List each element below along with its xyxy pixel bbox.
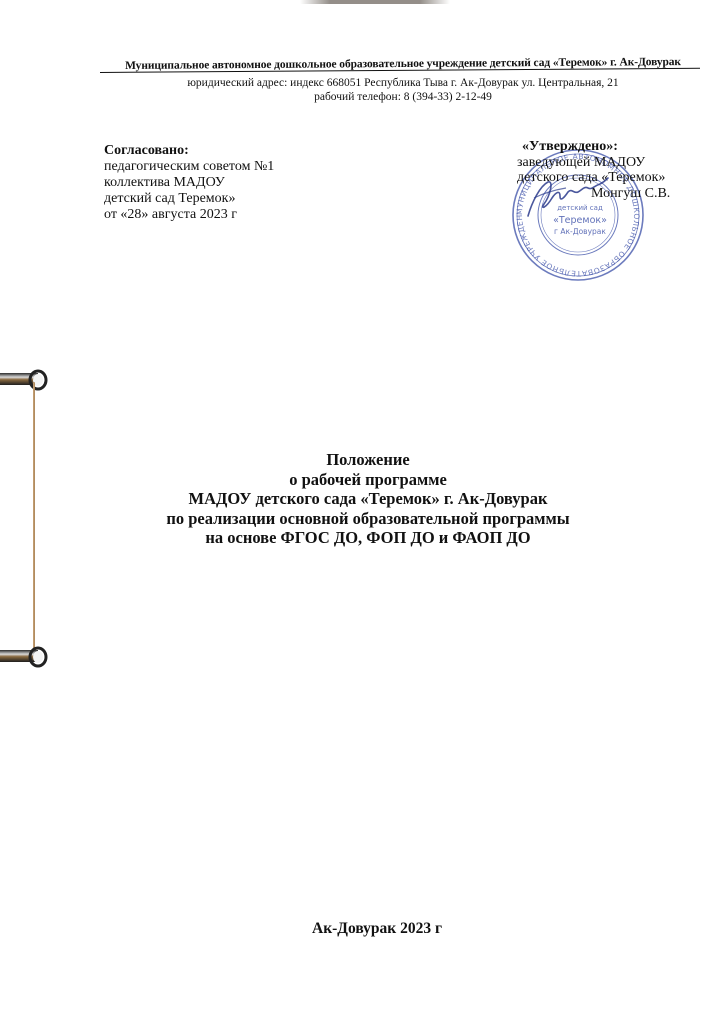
agreed-line: детский сад Теремок»	[104, 191, 274, 207]
agreed-title: Согласовано:	[104, 143, 274, 159]
svg-text:г Ак-Довурак: г Ак-Довурак	[554, 227, 606, 236]
title-line: на основе ФГОС ДО, ФОП ДО и ФАОП ДО	[0, 528, 728, 548]
title-line: Положение	[0, 450, 728, 470]
legal-address: юридический адрес: индекс 668051 Республ…	[108, 77, 698, 89]
title-line: о рабочей программе	[0, 470, 728, 490]
title-line: по реализации основной образовательной п…	[0, 509, 728, 529]
page-top-edge-shadow	[300, 0, 450, 4]
work-phone: рабочий телефон: 8 (394-33) 2-12-49	[108, 91, 698, 103]
document-title: Положение о рабочей программе МАДОУ детс…	[0, 450, 728, 548]
signature-icon	[520, 172, 610, 222]
agreed-line: коллектива МАДОУ	[104, 175, 274, 191]
approved-title: «Утверждено»:	[517, 139, 670, 155]
approved-line: заведующей МАДОУ	[517, 155, 670, 171]
city-year: Ак-Довурак 2023 г	[0, 920, 728, 938]
agreed-block: Согласовано: педагогическим советом №1 к…	[104, 143, 274, 223]
binder-ring-icon	[0, 368, 48, 392]
agreed-line: педагогическим советом №1	[104, 159, 274, 175]
agreed-line: от «28» августа 2023 г	[104, 207, 274, 223]
binder-ring-icon	[0, 645, 48, 669]
title-line: МАДОУ детского сада «Теремок» г. Ак-Дову…	[0, 489, 728, 509]
